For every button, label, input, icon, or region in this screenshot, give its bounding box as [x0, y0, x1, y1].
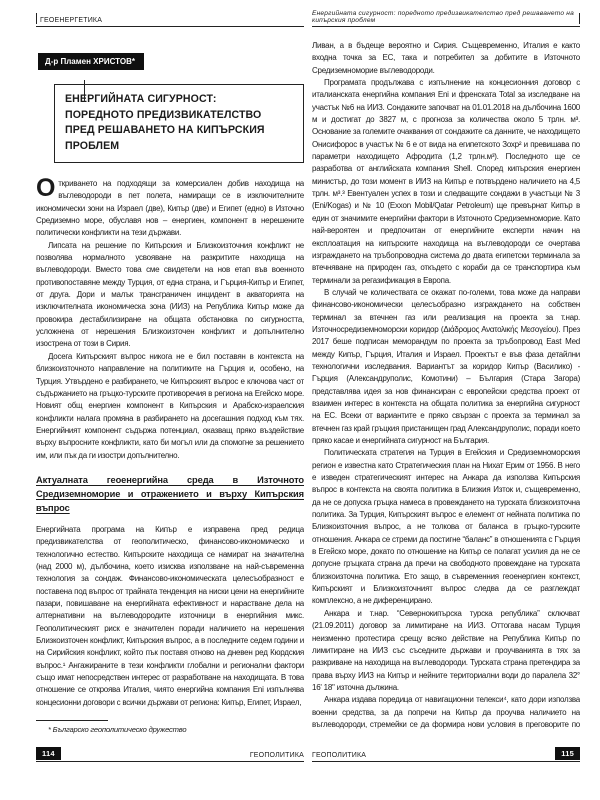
running-head-right-label: Енергийната сигурност: поредното предизв…	[312, 10, 576, 24]
paragraph: Анкара и т.нар. “Севернокипърска турска …	[312, 608, 580, 694]
author-box: Д-р Пламен ХРИСТОВ*	[38, 53, 144, 70]
running-head-left-label: ГЕОЕНЕРГЕТИКА	[40, 17, 102, 24]
running-head-right: Енергийната сигурност: поредното предизв…	[312, 10, 580, 27]
journal-spread: ГЕОЕНЕРГЕТИКА Д-р Пламен ХРИСТОВ* ЕНЕРГИ…	[0, 0, 600, 800]
footnote-rule	[36, 720, 108, 721]
running-head-tick	[579, 13, 580, 24]
running-head-left: ГЕОЕНЕРГЕТИКА	[36, 10, 304, 27]
author-title-connector-line	[84, 80, 85, 102]
paragraph: Програмата продължава с изпълнение на ко…	[312, 77, 580, 287]
footnote-block: * Българско геополитическо дружество	[36, 720, 304, 734]
page-right: Енергийната сигурност: поредното предизв…	[312, 10, 580, 786]
paragraph: Енергийната програма на Кипър е изправен…	[36, 524, 304, 709]
page-footer-left: 114 ГЕОПОЛИТИКА	[36, 747, 304, 762]
page-number-badge: 114	[36, 747, 61, 760]
page-number-badge: 115	[555, 747, 580, 760]
running-head-tick	[36, 13, 37, 24]
journal-name: ГЕОПОЛИТИКА	[250, 752, 304, 760]
left-column-text: Откриването на подходящи за комерсиален …	[36, 178, 304, 709]
journal-name: ГЕОПОЛИТИКА	[312, 752, 366, 760]
paragraph: Откриването на подходящи за комерсиален …	[36, 178, 304, 240]
paragraph: Досега Кипърският въпрос никога не е бил…	[36, 351, 304, 462]
article-title: ЕНЕРГИЙНАТА СИГУРНОСТ: ПОРЕДНОТО ПРЕДИЗВ…	[54, 84, 304, 163]
page-left: ГЕОЕНЕРГЕТИКА Д-р Пламен ХРИСТОВ* ЕНЕРГИ…	[36, 10, 304, 786]
paragraph: Анкара издава поредица от навигационни т…	[312, 694, 580, 732]
paragraph: В случай че количествата се окажат по-го…	[312, 287, 580, 447]
paragraph: Ливан, а в бъдеще вероятно и Сирия. Съще…	[312, 40, 580, 77]
paragraph: Политическата стратегия на Турция в Егей…	[312, 447, 580, 607]
drop-cap: О	[36, 178, 58, 199]
right-column-text: Ливан, а в бъдеще вероятно и Сирия. Съще…	[312, 40, 580, 732]
paragraph: Липсата на решение по Кипърския и Близко…	[36, 240, 304, 351]
page-footer-right: ГЕОПОЛИТИКА 115	[312, 747, 580, 762]
footnote: * Българско геополитическо дружество	[36, 725, 304, 734]
section-heading: Актуалната геоенергийна среда в Източнот…	[36, 473, 304, 515]
